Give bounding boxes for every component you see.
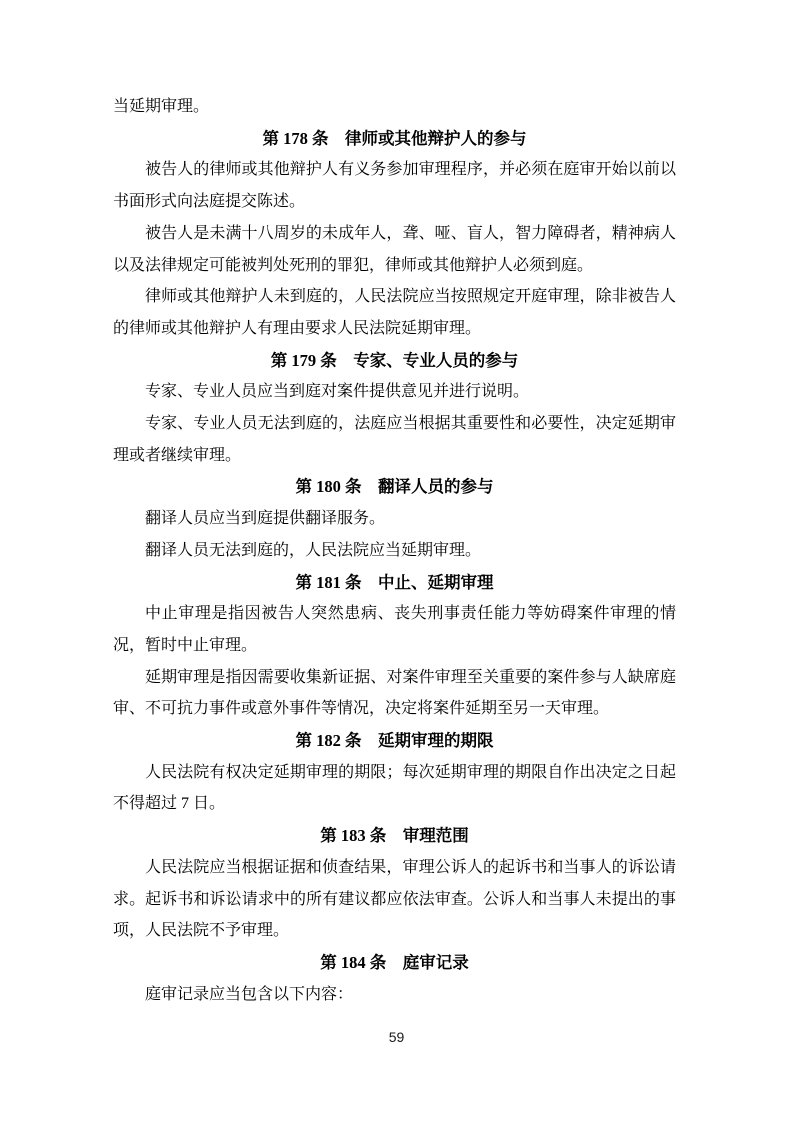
paragraph: 翻译人员应当到庭提供翻译服务。 [113,503,676,535]
paragraph: 人民法院有权决定延期审理的期限；每次延期审理的期限自作出决定之日起不得超过 7 … [113,757,676,820]
paragraph: 被告人是未满十八周岁的未成年人，聋、哑、盲人，智力障碍者，精神病人以及法律规定可… [113,218,676,281]
article-heading: 第 184 条 庭审记录 [113,947,676,979]
paragraph: 延期审理是指因需要收集新证据、对案件审理至关重要的案件参与人缺席庭审、不可抗力事… [113,662,676,725]
article-heading: 第 180 条 翻译人员的参与 [113,471,676,503]
paragraph: 庭审记录应当包含以下内容： [113,979,676,1011]
paragraph: 人民法院应当根据证据和侦查结果，审理公诉人的起诉书和当事人的诉讼请求。起诉书和诉… [113,852,676,947]
paragraph: 中止审理是指因被告人突然患病、丧失刑事责任能力等妨碍案件审理的情况，暂时中止审理… [113,598,676,661]
paragraph: 律师或其他辩护人未到庭的，人民法院应当按照规定开庭审理，除非被告人的律师或其他辩… [113,281,676,344]
paragraph: 专家、专业人员无法到庭的，法庭应当根据其重要性和必要性，决定延期审理或者继续审理… [113,408,676,471]
paragraph: 当延期审理。 [113,91,676,123]
page-number: 59 [0,1028,793,1046]
paragraph: 翻译人员无法到庭的，人民法院应当延期审理。 [113,535,676,567]
article-heading: 第 178 条 律师或其他辩护人的参与 [113,123,676,155]
article-heading: 第 181 条 中止、延期审理 [113,567,676,599]
paragraph: 被告人的律师或其他辩护人有义务参加审理程序，并必须在庭审开始以前以书面形式向法庭… [113,154,676,217]
article-heading: 第 179 条 专家、专业人员的参与 [113,345,676,377]
article-heading: 第 182 条 延期审理的期限 [113,725,676,757]
document-page: 当延期审理。第 178 条 律师或其他辩护人的参与被告人的律师或其他辩护人有义务… [0,0,793,1122]
document-body: 当延期审理。第 178 条 律师或其他辩护人的参与被告人的律师或其他辩护人有义务… [113,91,676,1010]
paragraph: 专家、专业人员应当到庭对案件提供意见并进行说明。 [113,376,676,408]
article-heading: 第 183 条 审理范围 [113,820,676,852]
